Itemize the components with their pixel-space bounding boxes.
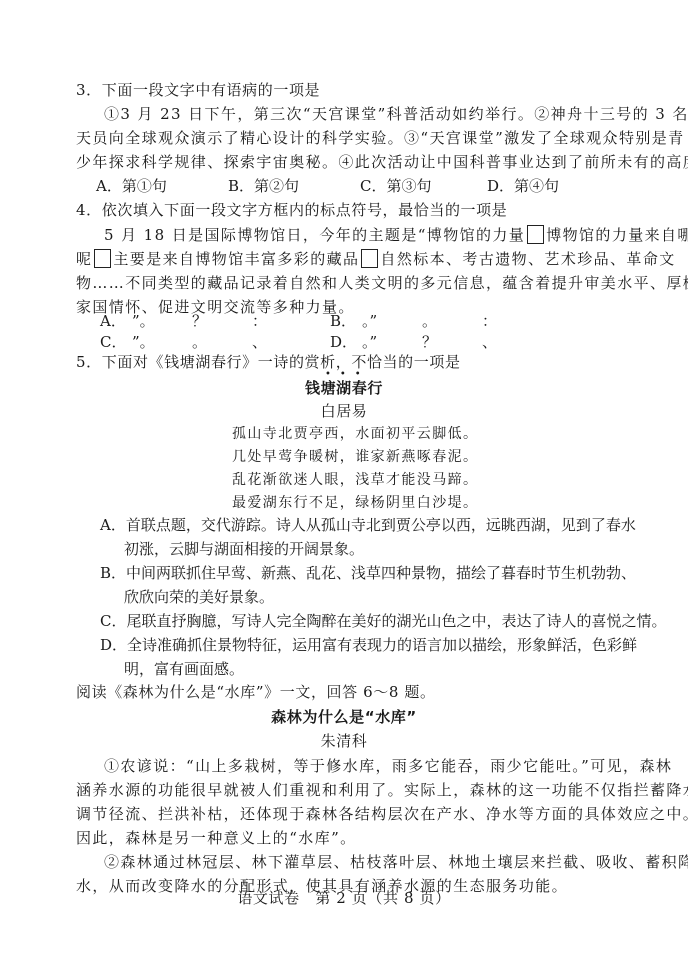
q3-option-b[interactable]: B．第②句 [228, 176, 299, 196]
poem-line-1: 孤山寺北贾亭西，水面初平云脚低。 [232, 424, 478, 444]
text-segment: 的一项是 [398, 353, 460, 371]
punctuation-blank-3[interactable] [361, 249, 378, 268]
text-segment: 5．下面对《钱塘湖春行》一诗的赏析， [76, 353, 351, 371]
option-text: 全诗准确抓住景物特征，运用富有表现力的语言加以描绘，形象鲜活，色彩鲜 [127, 636, 637, 654]
option-key: B． [228, 177, 254, 195]
punctuation-mark: ？ [192, 311, 252, 331]
poem-author: 白居易 [0, 401, 688, 421]
punctuation-mark: 、 [252, 332, 312, 352]
paragraph-2-line-1: ②森林通过林冠层、林下灌草层、枯枝落叶层、林地土壤层来拦截、吸收、蓄积降 [104, 852, 688, 872]
q3-option-a[interactable]: A．第①句 [96, 176, 167, 196]
punctuation-mark: ”。 [132, 332, 192, 352]
option-text: 第②句 [254, 177, 299, 195]
page-footer: 语文试卷 第 2 页（共 8 页） [0, 888, 688, 908]
option-text: 中间两联抓住早莺、新燕、乱花、浅草四种景物，描绘了暮春时节生机勃勃、 [126, 564, 636, 582]
poem-line-2: 几处早莺争暖树，谁家新燕啄春泥。 [232, 447, 478, 467]
punctuation-blank-2[interactable] [94, 249, 111, 268]
reading-intro: 阅读《森林为什么是“水库”》一文，回答 6～8 题。 [76, 682, 436, 702]
option-text: 第④句 [514, 177, 559, 195]
punctuation-mark: 。 [192, 332, 252, 352]
option-key: B． [330, 311, 362, 331]
q3-passage-line-2: 天员向全球观众演示了精心设计的科学实验。③“天宫课堂”激发了全球观众特别是青 [76, 128, 685, 148]
punctuation-blank-1[interactable] [527, 225, 544, 244]
q4-option-d[interactable]: D．。”？、 [330, 332, 542, 352]
q5-option-b-cont: 欣欣向荣的美好景象。 [124, 587, 274, 607]
text-segment: 博物馆的力量来自哪里 [546, 226, 688, 244]
q4-passage-line-1: 5 月 18 日是国际博物馆日，今年的主题是“博物馆的力量博物馆的力量来自哪里 [104, 225, 688, 245]
q3-passage-line-3: 少年探求科学规律、探索宇宙奥秘。④此次活动让中国科普事业达到了前所未有的高度。 [76, 152, 688, 172]
option-key: C． [360, 177, 386, 195]
option-key: A． [100, 311, 132, 331]
q5-option-d[interactable]: D．全诗准确抓住景物特征，运用富有表现力的语言加以描绘，形象鲜活，色彩鲜 [100, 635, 637, 655]
q5-option-a-cont: 初涨，云脚与湖面相接的开阔景象。 [124, 539, 364, 559]
q4-stem: 4．依次填入下面一段文字方框内的标点符号，最恰当的一项是 [76, 200, 507, 220]
option-key: D． [487, 177, 514, 195]
q4-option-b[interactable]: B．。”。： [330, 311, 542, 331]
option-key: C． [100, 332, 132, 352]
q5-option-d-cont: 明，富有画面感。 [124, 659, 244, 679]
option-key: D． [100, 636, 127, 654]
option-text: 尾联直抒胸臆，写诗人完全陶醉在美好的湖光山色之中，表达了诗人的喜悦之情。 [126, 612, 666, 630]
punctuation-mark: ： [482, 311, 542, 331]
punctuation-mark: 。” [362, 311, 422, 331]
q4-passage-line-3: 物……不同类型的藏品记录着自然和人类文明的多元信息，蕴含着提升审美水平、厚植 [76, 273, 688, 293]
option-text: 首联点题，交代游踪。诗人从孤山寺北到贾公亭以西，远眺西湖，见到了春水 [126, 516, 636, 534]
poem-line-4: 最爱湖东行不足，绿杨阴里白沙堤。 [232, 493, 478, 513]
text-segment: 主要是来自博物馆丰富多彩的藏品 [113, 250, 359, 268]
q3-option-c[interactable]: C．第③句 [360, 176, 432, 196]
q4-passage-line-2: 呢主要是来自博物馆丰富多彩的藏品自然标本、考古遗物、艺术珍品、革命文 [76, 249, 676, 269]
punctuation-mark: 。” [362, 332, 422, 352]
paragraph-1-line-3: 调节径流、拦洪补枯，还体现于森林各结构层次在产水、净水等方面的具体效应之中。 [76, 804, 688, 824]
punctuation-mark: ？ [422, 332, 482, 352]
paragraph-1-line-4: 因此，森林是另一种意义上的“水库”。 [76, 828, 357, 848]
option-key: D． [330, 332, 362, 352]
q4-option-c[interactable]: C．”。。、 [100, 332, 312, 352]
article-title: 森林为什么是“水库” [0, 707, 688, 727]
option-key: B． [100, 564, 126, 582]
poem-title: 钱塘湖春行 [0, 378, 688, 398]
q3-stem: 3．下面一段文字中有语病的一项是 [76, 80, 320, 100]
option-key: A． [100, 516, 126, 534]
q5-option-b[interactable]: B．中间两联抓住早莺、新燕、乱花、浅草四种景物，描绘了暮春时节生机勃勃、 [100, 563, 636, 583]
q5-option-c[interactable]: C．尾联直抒胸臆，写诗人完全陶醉在美好的湖光山色之中，表达了诗人的喜悦之情。 [100, 611, 667, 631]
article-author: 朱清科 [0, 731, 688, 751]
q5-option-a[interactable]: A．首联点题，交代游踪。诗人从孤山寺北到贾公亭以西，远眺西湖，见到了春水 [100, 515, 636, 535]
option-text: 第①句 [122, 177, 167, 195]
text-segment: 5 月 18 日是国际博物馆日，今年的主题是“博物馆的力量 [104, 226, 525, 244]
q5-stem: 5．下面对《钱塘湖春行》一诗的赏析，不恰当的一项是 [76, 352, 461, 372]
punctuation-mark: ： [252, 311, 312, 331]
text-segment: 呢 [76, 250, 92, 268]
punctuation-mark: ”。 [132, 311, 192, 331]
punctuation-mark: 、 [482, 332, 542, 352]
option-key: C． [100, 612, 126, 630]
q4-option-a[interactable]: A．”。？： [100, 311, 312, 331]
text-segment: 自然标本、考古遗物、艺术珍品、革命文 [380, 250, 675, 268]
paragraph-1-line-1: ①农谚说：“山上多栽树，等于修水库，雨多它能吞，雨少它能吐。”可见，森林 [104, 756, 672, 776]
option-key: A． [96, 177, 122, 195]
poem-line-3: 乱花渐欲迷人眼，浅草才能没马蹄。 [232, 470, 478, 490]
punctuation-mark: 。 [422, 311, 482, 331]
q3-option-d[interactable]: D．第④句 [487, 176, 559, 196]
q3-passage-line-1: ①3 月 23 日下午，第三次“天宫课堂”科普活动如约举行。②神舟十三号的 3 … [104, 104, 688, 124]
option-text: 第③句 [386, 177, 431, 195]
paragraph-1-line-2: 涵养水源的功能很早就被人们重视和利用了。实际上，森林的这一功能不仅指拦蓄降水、 [76, 780, 688, 800]
